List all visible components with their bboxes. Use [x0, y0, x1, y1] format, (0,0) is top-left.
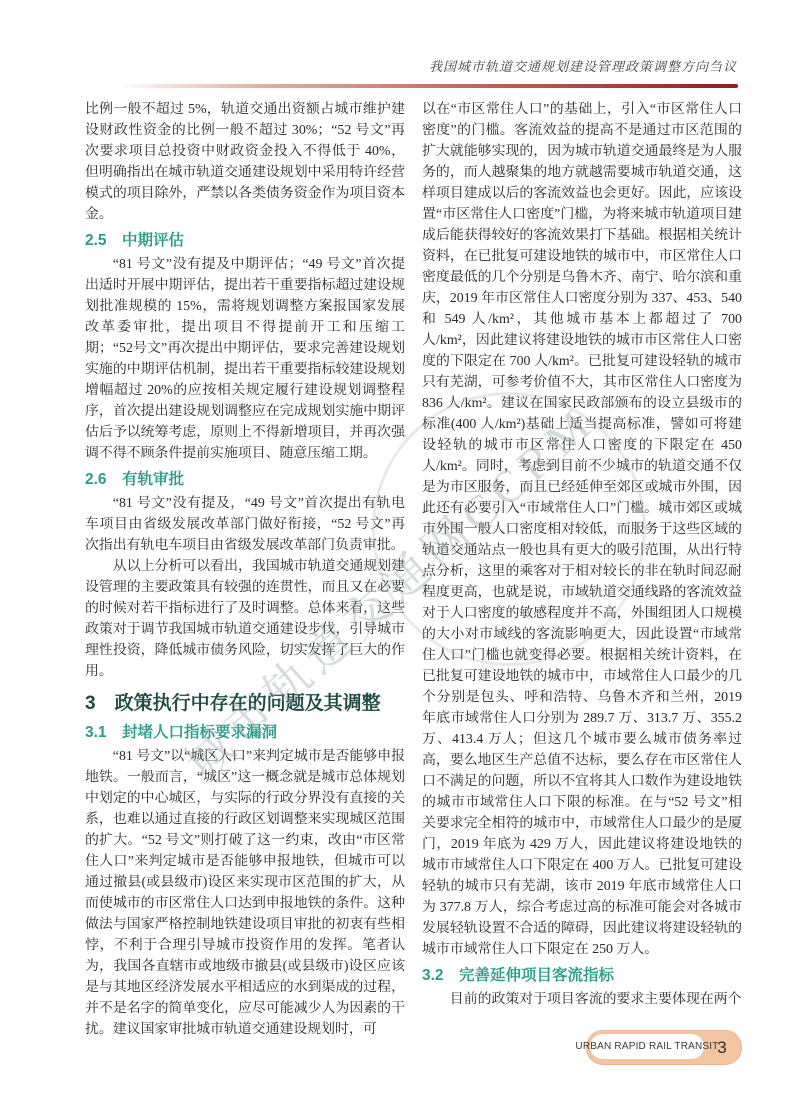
left-column: 比例一般不超过 5%，轨道交通出资额占城市维护建设财政性资金的比例一般不超过 3… [85, 99, 405, 1040]
section-heading: 3 政策执行中存在的问题及其调整 [85, 691, 405, 717]
paragraph: “81 号文”没有提及中期评估；“49 号文”首次提出适时开展中期评估，提出若干… [85, 254, 405, 464]
section-heading: 2.5 中期评估 [85, 230, 405, 251]
paragraph: 比例一般不超过 5%，轨道交通出资额占城市维护建设财政性资金的比例一般不超过 3… [85, 99, 405, 225]
section-heading: 2.6 有轨审批 [85, 469, 405, 490]
section-heading: 3.1 封堵人口指标要求漏洞 [85, 722, 405, 743]
paragraph: 从以上分析可以看出，我国城市轨道交通规划建设管理的主要政策具有较强的连贯性，而且… [85, 556, 405, 682]
section-heading: 3.2 完善延伸项目客流指标 [422, 965, 742, 986]
journal-name-label: URBAN RAPID RAIL TRANSIT [590, 1034, 704, 1059]
paragraph: “81 号文”以“城区人口”来判定城市是否能够申报地铁。一般而言，“城区”这一概… [85, 746, 405, 1040]
running-title: 我国城市轨道交通规划建设管理政策调整方向刍议 [429, 56, 737, 75]
paragraph: 目前的政策对于项目客流的要求主要体现在两个 [422, 989, 742, 1010]
header-rule [115, 84, 738, 88]
right-column: 以在“市区常住人口”的基础上，引入“市区常住人口密度”的门槛。客流效益的提高不是… [422, 99, 742, 1010]
paper-page: 我国城市轨道交通规划建设管理政策调整方向刍议 比例一般不超过 5%，轨道交通出资… [0, 0, 800, 1095]
page-number: 3 [703, 1031, 741, 1064]
footer-journal-badge: URBAN RAPID RAIL TRANSIT 3 [586, 1030, 742, 1065]
paragraph: 以在“市区常住人口”的基础上，引入“市区常住人口密度”的门槛。客流效益的提高不是… [422, 99, 742, 960]
paragraph: “81 号文”没有提及，“49 号文”首次提出有轨电车项目由省级发展改革部门做好… [85, 493, 405, 556]
